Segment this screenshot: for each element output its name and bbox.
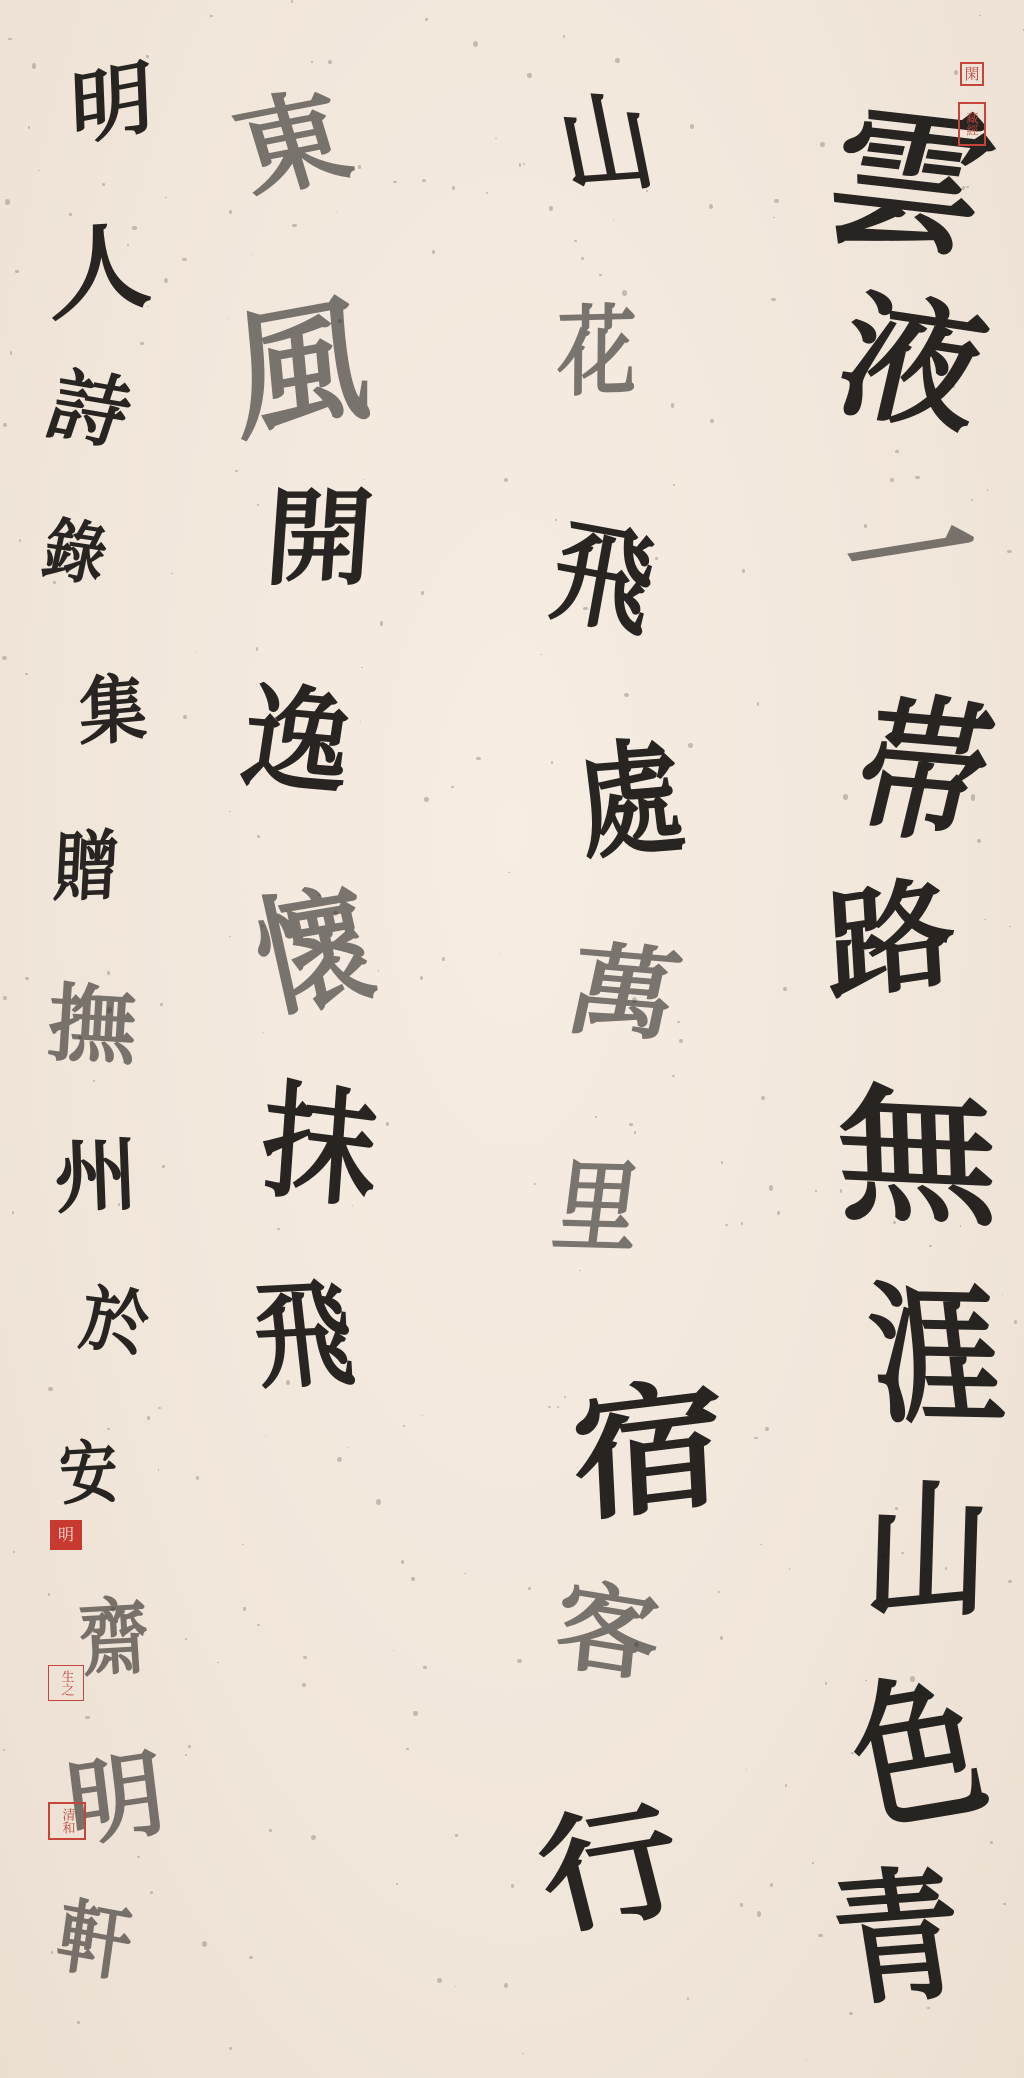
paper-fleck	[761, 1096, 765, 1100]
paper-fleck	[229, 2047, 233, 2051]
paper-fleck	[5, 199, 10, 204]
paper-fleck	[754, 1437, 758, 1440]
calligraphy-glyph: 處	[566, 697, 692, 884]
paper-fleck	[432, 250, 435, 254]
paper-fleck	[171, 573, 173, 575]
paper-fleck	[396, 1883, 398, 1886]
paper-fleck	[777, 1211, 780, 1215]
paper-fleck	[8, 38, 12, 41]
calligraphy-glyph: 山	[862, 1425, 992, 1653]
calligraphy-glyph: 里	[547, 1126, 650, 1272]
paper-fleck	[165, 197, 166, 198]
paper-fleck	[85, 1716, 90, 1719]
paper-fleck	[673, 484, 675, 486]
paper-fleck	[987, 489, 989, 491]
paper-fleck	[265, 1435, 267, 1436]
paper-fleck	[451, 786, 454, 788]
paper-fleck	[688, 743, 693, 748]
calligraphy-glyph: 贈	[51, 804, 120, 916]
paper-fleck	[401, 1560, 405, 1564]
paper-fleck	[257, 1624, 260, 1626]
paper-fleck	[464, 1573, 465, 1574]
paper-fleck	[291, 0, 294, 2]
paper-fleck	[495, 138, 497, 139]
paper-fleck	[721, 1161, 723, 1164]
calligraphy-glyph: 明	[68, 32, 155, 163]
paper-fleck	[102, 183, 105, 186]
paper-fleck	[378, 970, 379, 972]
paper-fleck	[563, 35, 566, 38]
paper-fleck	[425, 18, 428, 22]
paper-fleck	[540, 654, 542, 655]
paper-fleck	[534, 1183, 536, 1185]
seal-left-2: 生之	[48, 1665, 84, 1701]
calligraphy-glyph: 詩	[35, 342, 149, 464]
calligraphy-glyph: 行	[517, 1758, 700, 1960]
paper-fleck	[820, 142, 825, 146]
paper-fleck	[15, 270, 19, 273]
paper-fleck	[51, 1951, 53, 1953]
paper-fleck	[164, 278, 168, 283]
paper-fleck	[812, 1862, 814, 1863]
paper-fleck	[251, 254, 252, 255]
paper-fleck	[765, 1427, 769, 1432]
paper-fleck	[476, 757, 481, 760]
calligraphy-glyph: 抹	[257, 1038, 383, 1234]
calligraphy-glyph: 雲	[805, 54, 1021, 287]
paper-fleck	[740, 1903, 744, 1906]
paper-fleck	[690, 124, 694, 129]
paper-fleck	[38, 170, 40, 171]
calligraphy-glyph: 液	[822, 248, 1006, 460]
paper-fleck	[411, 1577, 414, 1581]
seal-top-tall: 藏經	[958, 102, 986, 146]
paper-fleck	[984, 919, 986, 921]
paper-fleck	[671, 403, 675, 407]
paper-fleck	[303, 1656, 307, 1659]
paper-fleck	[423, 1666, 426, 1670]
paper-fleck	[235, 470, 238, 473]
paper-fleck	[806, 2060, 807, 2061]
paper-fleck	[455, 1834, 458, 1838]
paper-fleck	[1003, 1903, 1006, 1905]
paper-fleck	[555, 519, 558, 521]
paper-fleck	[971, 499, 973, 501]
paper-fleck	[421, 591, 424, 595]
paper-fleck	[328, 60, 332, 64]
calligraphy-glyph: 齋	[75, 1569, 152, 1693]
paper-fleck	[263, 1032, 264, 1033]
paper-fleck	[376, 1499, 381, 1506]
paper-fleck	[243, 1607, 247, 1611]
paper-fleck	[12, 1211, 15, 1214]
calligraphy-glyph: 一	[821, 444, 1001, 648]
paper-fleck	[522, 2053, 524, 2054]
paper-fleck	[188, 1745, 191, 1748]
paper-fleck	[422, 1415, 423, 1416]
paper-fleck	[422, 179, 426, 182]
paper-fleck	[1009, 926, 1011, 927]
calligraphy-glyph: 客	[551, 1545, 667, 1703]
paper-fleck	[1007, 550, 1012, 553]
paper-fleck	[815, 1190, 817, 1192]
paper-fleck	[77, 2021, 80, 2024]
paper-fleck	[229, 936, 231, 937]
paper-fleck	[25, 977, 29, 980]
paper-fleck	[504, 1983, 508, 1988]
paper-fleck	[774, 199, 779, 203]
paper-fleck	[527, 73, 532, 77]
calligraphy-glyph: 飛	[244, 1241, 360, 1412]
paper-fleck	[32, 63, 36, 69]
paper-fleck	[229, 811, 232, 813]
paper-fleck	[3, 1749, 5, 1751]
paper-fleck	[843, 794, 847, 800]
seal-left-3: 清和	[48, 1802, 86, 1840]
paper-fleck	[195, 652, 196, 653]
calligraphy-glyph: 飛	[542, 479, 669, 659]
paper-fleck	[773, 217, 775, 218]
paper-fleck	[1008, 1580, 1012, 1583]
paper-fleck	[360, 721, 361, 723]
paper-fleck	[687, 1997, 690, 2001]
calligraphy-glyph: 逸	[233, 647, 364, 817]
paper-fleck	[757, 1911, 761, 1917]
paper-fleck	[19, 539, 21, 542]
paper-fleck	[160, 1003, 163, 1005]
paper-fleck	[210, 15, 212, 17]
paper-fleck	[624, 693, 629, 697]
paper-fleck	[3, 996, 7, 999]
paper-fleck	[162, 1165, 166, 1169]
calligraphy-glyph: 風	[224, 245, 376, 469]
seal-left-1: 明	[50, 1520, 82, 1550]
paper-fleck	[420, 976, 423, 980]
calligraphy-glyph: 花	[556, 272, 637, 415]
paper-fleck	[424, 797, 428, 803]
paper-fleck	[769, 1185, 773, 1191]
paper-fleck	[783, 987, 787, 991]
paper-fleck	[979, 15, 981, 17]
paper-fleck	[242, 1544, 244, 1545]
paper-fleck	[519, 163, 522, 167]
paper-fleck	[725, 1224, 728, 1226]
paper-fleck	[679, 1039, 683, 1043]
paper-fleck	[337, 1457, 342, 1462]
paper-fleck	[504, 478, 508, 482]
paper-fleck	[48, 1593, 50, 1595]
paper-fleck	[508, 872, 509, 873]
calligraphy-glyph: 人	[50, 184, 154, 341]
paper-fleck	[196, 1476, 199, 1480]
paper-fleck	[770, 1883, 773, 1887]
paper-fleck	[158, 1407, 162, 1410]
paper-fleck	[140, 342, 144, 345]
paper-fleck	[403, 1425, 405, 1427]
paper-fleck	[557, 1406, 559, 1408]
paper-fleck	[147, 1416, 150, 1420]
paper-fleck	[380, 621, 384, 626]
paper-fleck	[825, 1682, 827, 1684]
paper-fleck	[277, 1228, 280, 1230]
calligraphy-glyph: 宿	[567, 1331, 729, 1550]
paper-fleck	[183, 715, 187, 719]
paper-fleck	[595, 1116, 597, 1118]
paper-fleck	[757, 702, 760, 706]
paper-fleck	[257, 504, 259, 506]
paper-fleck	[818, 1934, 823, 1938]
paper-fleck	[564, 1396, 567, 1398]
paper-fleck	[302, 1683, 305, 1687]
paper-fleck	[413, 1711, 418, 1715]
calligraphy-glyph: 州	[52, 1109, 140, 1229]
paper-fleck	[202, 1941, 207, 1947]
paper-fleck	[672, 1075, 675, 1077]
paper-fleck	[336, 212, 337, 213]
paper-fleck	[249, 1956, 253, 1959]
calligraphy-glyph: 懷	[236, 841, 389, 1043]
paper-fleck	[2, 656, 7, 660]
calligraphy-glyph: 明	[59, 1717, 172, 1865]
calligraphy-glyph: 東	[214, 53, 366, 220]
paper-fleck	[677, 1021, 680, 1023]
paper-fleck	[437, 1978, 442, 1983]
paper-fleck	[269, 1829, 272, 1833]
paper-fleck	[393, 181, 396, 183]
calligraphy-scroll: 雲液一帯路無涯山色青 山花飛處萬里宿客行 東風開逸懷抹飛 明人詩錄集贈撫州於安齋…	[0, 0, 1024, 2078]
paper-fleck	[486, 192, 488, 194]
paper-fleck	[150, 1891, 154, 1895]
calligraphy-glyph: 涯	[857, 1234, 1012, 1454]
paper-fleck	[549, 206, 553, 211]
paper-fleck	[511, 1884, 515, 1888]
paper-fleck	[452, 186, 455, 191]
paper-fleck	[760, 1544, 761, 1545]
paper-fleck	[217, 1662, 218, 1663]
paper-fleck	[473, 41, 478, 47]
paper-fleck	[358, 165, 360, 168]
paper-fleck	[10, 351, 13, 355]
paper-fleck	[581, 257, 584, 260]
paper-fleck	[741, 1222, 743, 1224]
paper-fleck	[406, 1748, 410, 1750]
paper-fleck	[25, 673, 28, 676]
paper-fleck	[158, 1469, 159, 1470]
paper-fleck	[1014, 1320, 1017, 1324]
paper-fleck	[499, 953, 500, 954]
paper-fleck	[528, 1587, 531, 1590]
calligraphy-glyph: 錄	[36, 496, 117, 600]
paper-fleck	[710, 419, 714, 424]
paper-fleck	[574, 240, 577, 242]
paper-fleck	[613, 219, 615, 220]
paper-fleck	[455, 1986, 456, 1987]
calligraphy-glyph: 安	[55, 1416, 122, 1518]
calligraphy-glyph: 青	[818, 1820, 976, 2033]
paper-fleck	[13, 1551, 15, 1553]
paper-fleck	[746, 1769, 748, 1770]
paper-fleck	[442, 957, 445, 961]
paper-fleck	[348, 1447, 349, 1448]
paper-fleck	[28, 126, 30, 129]
calligraphy-glyph: 路	[821, 834, 960, 1025]
calligraphy-glyph: 集	[78, 649, 148, 762]
paper-fleck	[182, 258, 187, 261]
paper-fleck	[311, 1835, 316, 1840]
paper-fleck	[292, 224, 297, 228]
paper-fleck	[742, 569, 745, 573]
paper-fleck	[517, 1659, 521, 1663]
paper-fleck	[789, 1568, 791, 1570]
paper-fleck	[523, 163, 525, 166]
paper-fleck	[977, 839, 981, 843]
calligraphy-glyph: 開	[261, 454, 379, 606]
paper-fleck	[386, 1122, 389, 1126]
paper-fleck	[393, 1650, 395, 1651]
calligraphy-glyph: 山	[544, 58, 664, 214]
paper-fleck	[551, 761, 554, 764]
calligraphy-glyph: 軒	[50, 1871, 139, 2000]
paper-fleck	[718, 1591, 721, 1593]
calligraphy-glyph: 於	[73, 1261, 156, 1370]
calligraphy-glyph: 撫	[44, 956, 140, 1083]
paper-fleck	[3, 423, 7, 427]
paper-fleck	[720, 1636, 723, 1640]
paper-fleck	[629, 1123, 633, 1126]
paper-fleck	[548, 1406, 551, 1408]
paper-fleck	[257, 835, 260, 838]
paper-fleck	[229, 210, 232, 214]
paper-fleck	[709, 204, 713, 209]
paper-fleck	[771, 298, 776, 302]
calligraphy-glyph: 萬	[555, 910, 695, 1061]
paper-fleck	[185, 1638, 187, 1640]
paper-fleck	[185, 1754, 187, 1756]
paper-fleck	[1002, 1294, 1003, 1295]
paper-fleck	[48, 1387, 53, 1390]
seal-top-small: 閑	[960, 62, 984, 86]
calligraphy-glyph: 無	[834, 1036, 999, 1255]
paper-fleck	[785, 1784, 787, 1787]
